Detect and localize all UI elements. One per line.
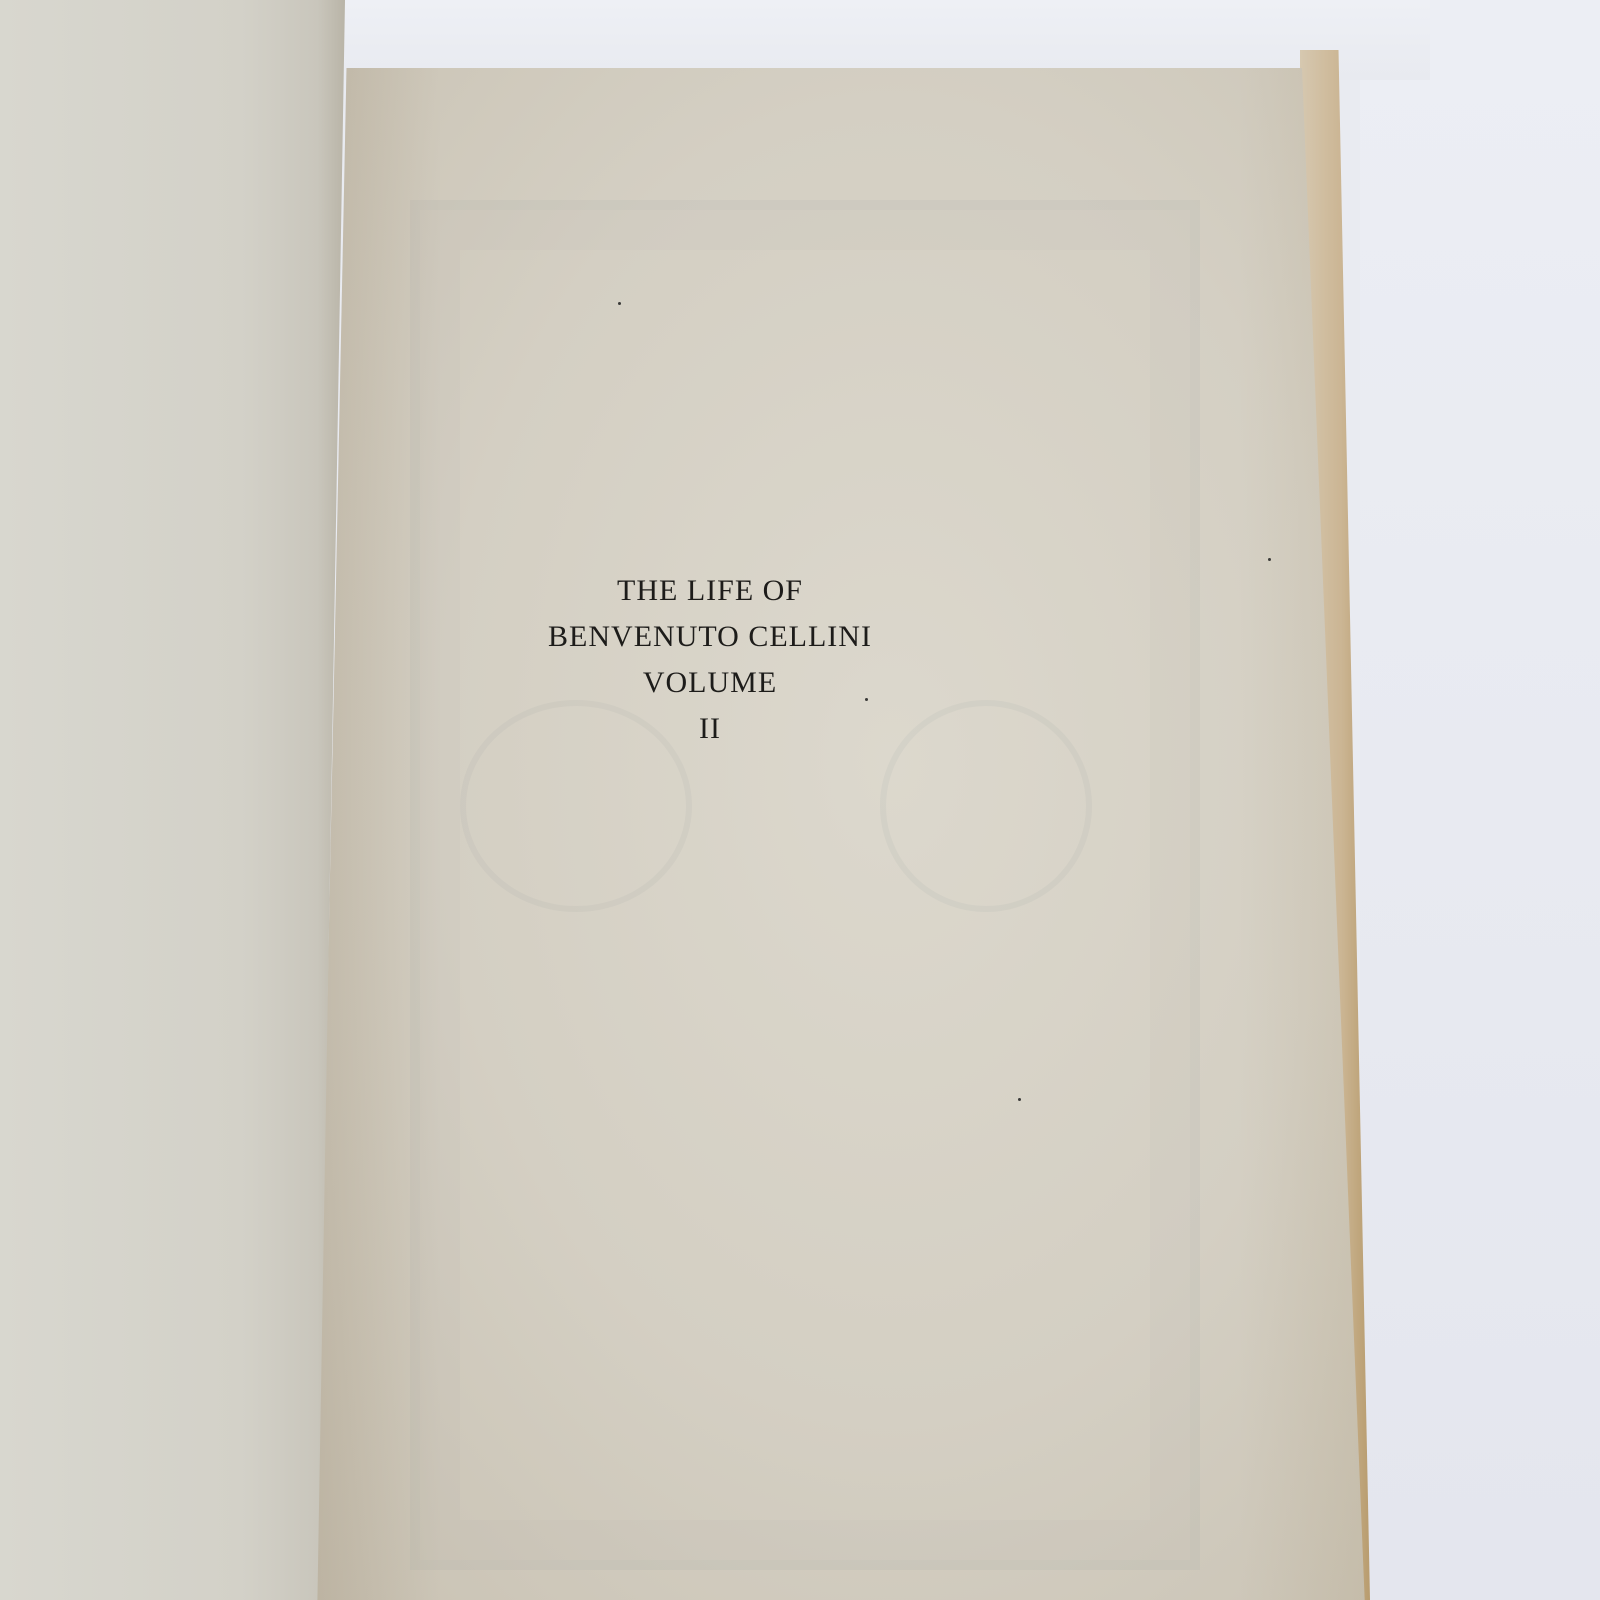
background-surface <box>1360 0 1600 1600</box>
title-line-3: VOLUME <box>500 660 920 706</box>
title-line-2: BENVENUTO CELLINI <box>500 614 920 660</box>
title-line-4: II <box>500 706 920 752</box>
paper-speck <box>618 302 621 305</box>
title-block: THE LIFE OF BENVENUTO CELLINI VOLUME II <box>500 568 920 752</box>
title-line-1: THE LIFE OF <box>500 568 920 614</box>
left-page <box>0 0 345 1600</box>
paper-speck <box>1018 1098 1021 1101</box>
paper-speck <box>865 698 868 701</box>
paper-speck <box>1268 558 1271 561</box>
